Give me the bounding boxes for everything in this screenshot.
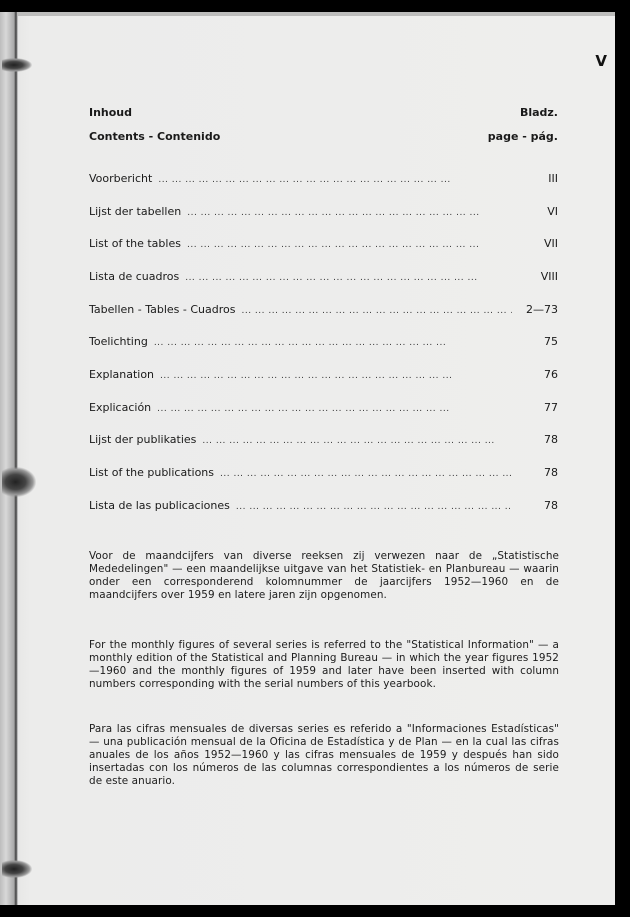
toc-entry[interactable]: List of the tables... ... ... ... ... ..… [89, 227, 558, 260]
toc-entry-page: 78 [512, 466, 558, 479]
toc-entry-label: Voorbericht [89, 172, 158, 185]
toc-entry-page: VIII [512, 270, 558, 283]
toc-entry-page: VI [512, 205, 558, 218]
dot-leader: ... ... ... ... ... ... ... ... ... ... … [236, 499, 512, 512]
dot-leader: ... ... ... ... ... ... ... ... ... ... … [157, 401, 512, 414]
toc-entry-page: 77 [512, 401, 558, 414]
table-of-contents: Voorbericht... ... ... ... ... ... ... .… [89, 162, 558, 522]
page-top-edge [18, 12, 615, 16]
toc-entry[interactable]: Voorbericht... ... ... ... ... ... ... .… [89, 162, 558, 195]
toc-entry[interactable]: Toelichting... ... ... ... ... ... ... .… [89, 325, 558, 358]
page-heading-en-es: page - pág. [488, 130, 558, 143]
dot-leader: ... ... ... ... ... ... ... ... ... ... … [187, 237, 512, 250]
toc-entry-page: 78 [512, 499, 558, 512]
toc-entry[interactable]: Tabellen - Tables - Cuadros... ... ... .… [89, 293, 558, 326]
toc-entry-label: Explanation [89, 368, 160, 381]
note-paragraph-dutch: Voor de maandcijfers van diverse reeksen… [89, 550, 559, 602]
dot-leader: ... ... ... ... ... ... ... ... ... ... … [220, 466, 512, 479]
toc-entry-page: VII [512, 237, 558, 250]
toc-entry-page: 78 [512, 433, 558, 446]
toc-entry[interactable]: Lista de las publicaciones... ... ... ..… [89, 489, 558, 522]
dot-leader: ... ... ... ... ... ... ... ... ... ... … [154, 335, 512, 348]
contents-heading-dutch: Inhoud [89, 106, 132, 119]
page-heading-dutch: Bladz. [520, 106, 558, 119]
toc-entry[interactable]: Explanation... ... ... ... ... ... ... .… [89, 358, 558, 391]
toc-entry-label: List of the tables [89, 237, 187, 250]
note-paragraph-english: For the monthly figures of several serie… [89, 639, 559, 691]
dot-leader: ... ... ... ... ... ... ... ... ... ... … [241, 303, 512, 316]
contents-heading-en-es: Contents - Contenido [89, 130, 220, 143]
toc-entry[interactable]: Lijst der publikaties... ... ... ... ...… [89, 424, 558, 457]
toc-entry-page: 76 [512, 368, 558, 381]
toc-entry-label: Lista de las publicaciones [89, 499, 236, 512]
binding-strip [0, 12, 18, 905]
toc-entry-label: Lijst der publikaties [89, 433, 202, 446]
staple-icon [2, 467, 36, 497]
toc-entry-label: Lista de cuadros [89, 270, 185, 283]
toc-entry-label: Explicación [89, 401, 157, 414]
dot-leader: ... ... ... ... ... ... ... ... ... ... … [158, 172, 512, 185]
dot-leader: ... ... ... ... ... ... ... ... ... ... … [160, 368, 512, 381]
scanned-page: V Inhoud Bladz. Contents - Contenido pag… [0, 12, 615, 905]
toc-entry-page: III [512, 172, 558, 185]
page-number: V [595, 52, 607, 70]
staple-icon [2, 860, 32, 878]
dot-leader: ... ... ... ... ... ... ... ... ... ... … [202, 433, 512, 446]
dot-leader: ... ... ... ... ... ... ... ... ... ... … [187, 205, 512, 218]
toc-entry[interactable]: List of the publications... ... ... ... … [89, 456, 558, 489]
toc-entry-page: 75 [512, 335, 558, 348]
toc-entry-label: List of the publications [89, 466, 220, 479]
toc-entry-label: Lijst der tabellen [89, 205, 187, 218]
dot-leader: ... ... ... ... ... ... ... ... ... ... … [185, 270, 512, 283]
staple-icon [2, 58, 32, 72]
toc-entry[interactable]: Lista de cuadros... ... ... ... ... ... … [89, 260, 558, 293]
toc-entry-label: Toelichting [89, 335, 154, 348]
toc-entry[interactable]: Lijst der tabellen... ... ... ... ... ..… [89, 195, 558, 228]
toc-entry-page: 2—73 [512, 303, 558, 316]
note-paragraph-spanish: Para las cifras mensuales de diversas se… [89, 723, 559, 788]
toc-entry[interactable]: Explicación... ... ... ... ... ... ... .… [89, 391, 558, 424]
toc-entry-label: Tabellen - Tables - Cuadros [89, 303, 241, 316]
